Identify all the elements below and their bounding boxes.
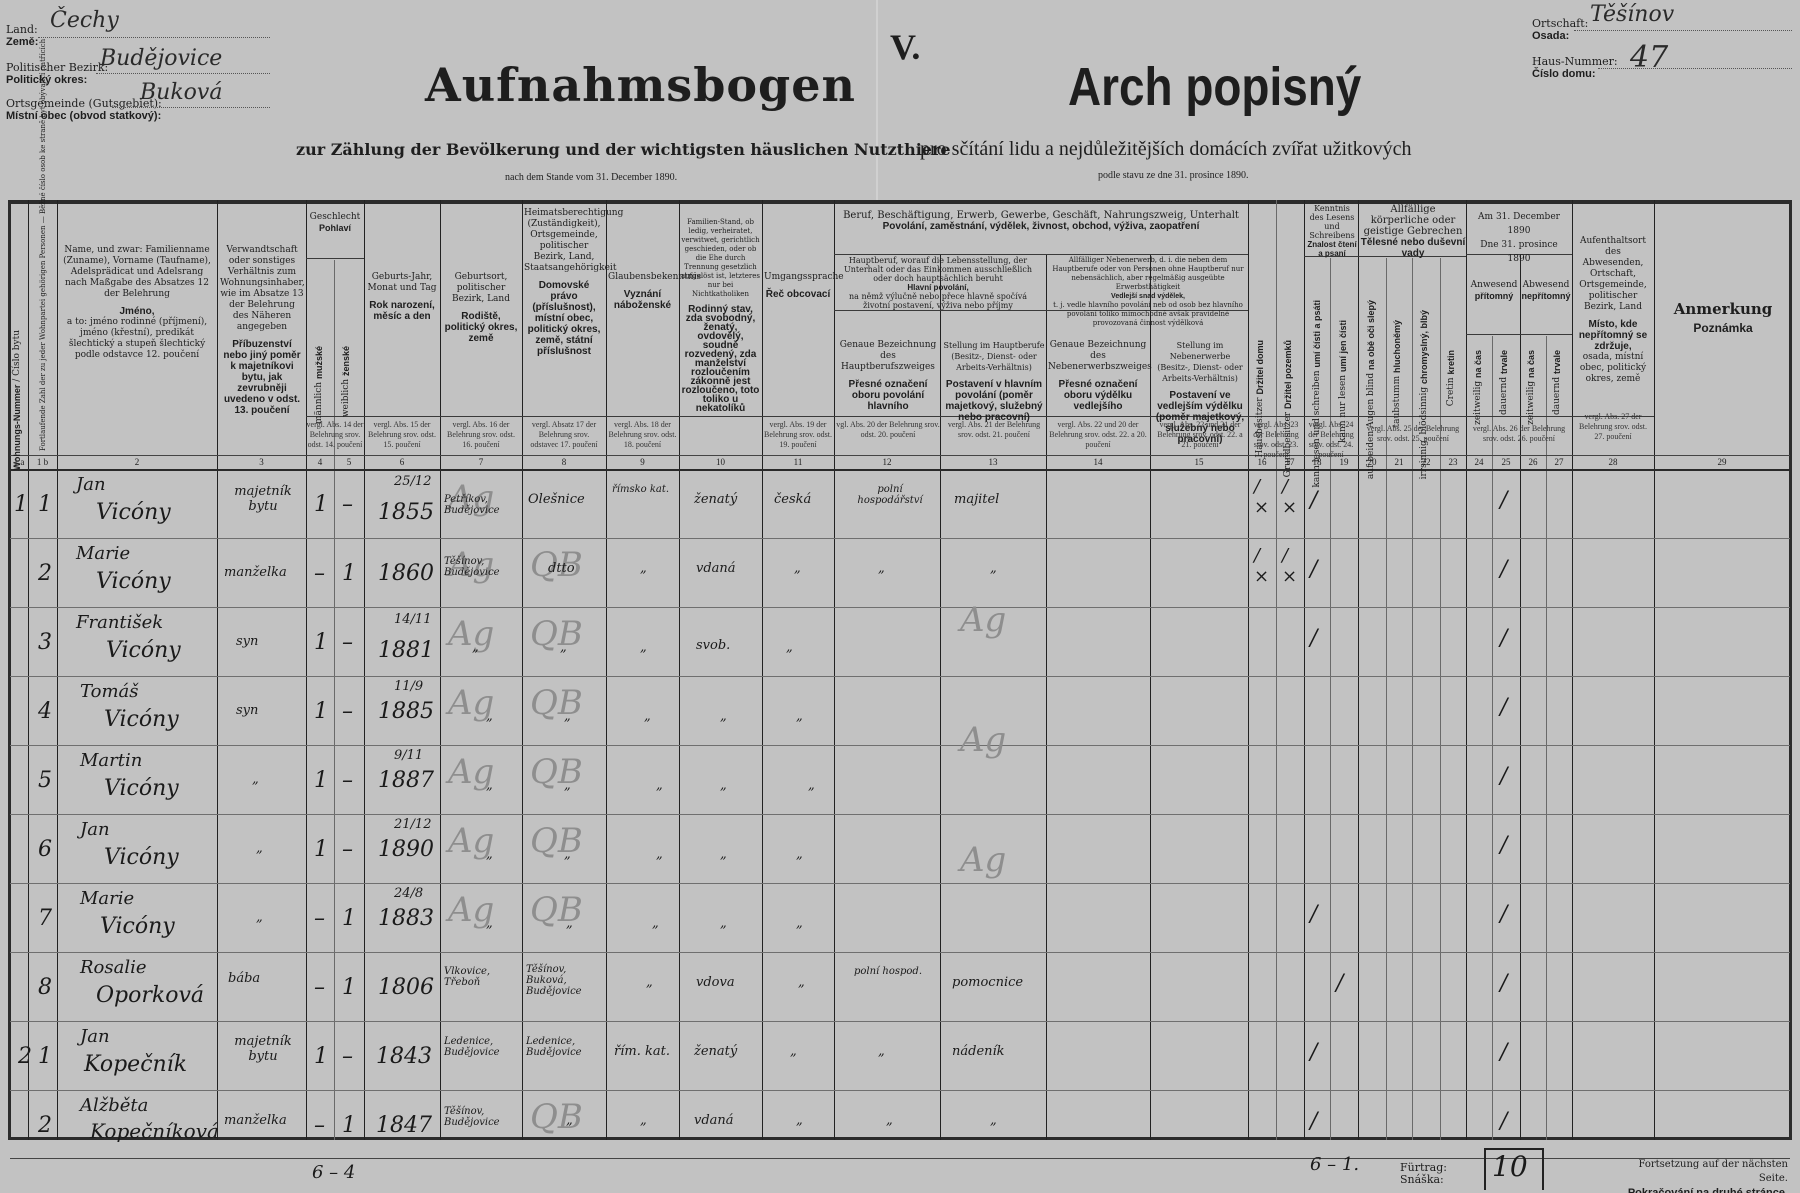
- birth-year[interactable]: 1885: [378, 699, 434, 724]
- col-4-header: männlich mužské: [314, 346, 324, 424]
- language[interactable]: „: [786, 640, 793, 655]
- female-mark[interactable]: –: [342, 630, 353, 655]
- first-name[interactable]: Tomáš: [80, 681, 138, 702]
- col-25-header: dauernd trvale: [1499, 350, 1509, 415]
- col-line: [834, 200, 835, 1140]
- birth-day[interactable]: 21/12: [394, 817, 431, 832]
- col-12-header: Genaue Bezeichnung des Hauptberufszweige…: [836, 340, 940, 412]
- occupation[interactable]: „: [878, 561, 885, 576]
- col-24-27-ref: vergl. Abs. 26 der Belehrung srov. odst.…: [1466, 424, 1572, 444]
- col-gender-ref: vergl. Abs. 14 der Belehrung srov. odst.…: [306, 420, 364, 450]
- row-divider: [10, 538, 1790, 539]
- person-number[interactable]: 5: [38, 768, 52, 793]
- form-number: V.: [890, 26, 920, 68]
- birth-year[interactable]: 1847: [376, 1113, 432, 1138]
- col-number: 19: [1330, 457, 1358, 467]
- pencil-mark: Ag: [960, 720, 1006, 760]
- first-name[interactable]: Marie: [76, 543, 130, 564]
- present-permanent-mark[interactable]: /: [1500, 488, 1507, 513]
- female-mark[interactable]: 1: [342, 906, 356, 931]
- col-line: [679, 200, 680, 1140]
- col-6-ref: vergl. Abs. 15 der Belehrung srov. odst.…: [366, 420, 438, 450]
- religion[interactable]: „: [640, 640, 647, 655]
- col-number: 15: [1150, 457, 1248, 467]
- domicile[interactable]: „: [564, 709, 571, 724]
- apartment-number[interactable]: 1: [14, 492, 28, 517]
- title-czech: Arch popisný: [1068, 56, 1361, 118]
- birthplace[interactable]: „: [472, 640, 479, 655]
- last-name[interactable]: Vicóny: [104, 707, 179, 732]
- first-name[interactable]: Jan: [80, 1026, 110, 1047]
- language[interactable]: „: [794, 561, 801, 576]
- pencil-mark: QB: [530, 752, 583, 792]
- header-line: [10, 455, 1790, 456]
- col-line: [1654, 200, 1655, 1140]
- pencil-mark: QB: [530, 1097, 583, 1137]
- col-number: 23: [1440, 457, 1466, 467]
- marital-status[interactable]: ženatý: [694, 492, 737, 507]
- religion[interactable]: římsko kat.: [612, 484, 674, 495]
- gemeinde-underline: [112, 106, 270, 108]
- col-number: 9: [606, 457, 679, 467]
- relation[interactable]: „: [256, 841, 263, 856]
- pencil-mark: Ag: [960, 600, 1006, 640]
- birth-day[interactable]: 11/9: [394, 679, 423, 694]
- male-mark[interactable]: –: [314, 906, 325, 931]
- first-name[interactable]: Martin: [80, 750, 142, 771]
- can-read-write-mark[interactable]: /: [1310, 1040, 1317, 1065]
- hausnummer-underline: [1598, 67, 1792, 69]
- religion[interactable]: „: [652, 916, 659, 931]
- male-mark[interactable]: –: [314, 1113, 325, 1138]
- col-10-header: Familien-Stand, ob ledig, verheiratet, v…: [681, 218, 760, 413]
- marital-status[interactable]: ženatý: [694, 1044, 737, 1059]
- birthplace[interactable]: „: [486, 709, 493, 724]
- col-24-header: zeitweilig na čas: [1473, 350, 1483, 425]
- col-number: 17: [1276, 457, 1304, 467]
- religion[interactable]: řím. kat.: [614, 1044, 670, 1059]
- occupation[interactable]: „: [886, 1113, 893, 1128]
- col-number: 8: [522, 457, 606, 467]
- birth-year[interactable]: 1843: [376, 1044, 432, 1069]
- marital-status[interactable]: vdova: [696, 975, 735, 990]
- col-line: [762, 200, 763, 1140]
- col-line: [1520, 255, 1521, 1140]
- occupation[interactable]: polní hospod.: [848, 966, 928, 977]
- first-name[interactable]: Alžběta: [80, 1095, 148, 1116]
- col-line: [1358, 200, 1359, 1140]
- female-mark[interactable]: 1: [342, 975, 356, 1000]
- birth-year[interactable]: 1887: [378, 768, 434, 793]
- col-number: 26: [1520, 457, 1546, 467]
- reference-date-czech: podle stavu ze dne 31. prosince 1890.: [1098, 170, 1249, 181]
- col-line: [57, 200, 58, 1140]
- birth-day[interactable]: 24/8: [394, 886, 423, 901]
- subtitle-czech: pro sčítání lidu a nejdůležitějších domá…: [920, 138, 1412, 161]
- main-occupation-header: Hauptberuf, worauf die Lebensstellung, d…: [836, 256, 1040, 310]
- col-9-header: GlaubensbekenntnisVyznání náboženské: [608, 272, 677, 311]
- can-read-write-mark[interactable]: /: [1310, 902, 1317, 927]
- can-read-only-mark[interactable]: /: [1336, 971, 1343, 996]
- col-11-header: UmgangsspracheŘeč obcovací: [764, 272, 832, 300]
- house-owner-mark[interactable]: / ×: [1254, 476, 1274, 518]
- col-number: 21: [1386, 457, 1412, 467]
- col-number: 1 a: [10, 457, 28, 467]
- col-line: [28, 200, 29, 1140]
- domicile[interactable]: Ledenice, Budějovice: [526, 1036, 604, 1058]
- col-28-header: Aufenthaltsort des Abwesenden, Ortschaft…: [1574, 236, 1652, 385]
- person-number[interactable]: 7: [38, 906, 52, 931]
- person-number[interactable]: 3: [38, 630, 52, 655]
- first-name[interactable]: František: [76, 612, 163, 633]
- land-underline: [38, 36, 270, 38]
- birthplace[interactable]: Těšínov, Budějovice: [444, 1106, 520, 1128]
- language[interactable]: „: [796, 847, 803, 862]
- col-7-header: Geburtsort, politischer Bezirk, LandRodi…: [442, 272, 520, 344]
- col-26-header: zeitweilig na čas: [1526, 350, 1536, 425]
- marital-status[interactable]: „: [720, 916, 727, 931]
- person-number[interactable]: 2: [38, 1113, 52, 1138]
- domicile[interactable]: dtto: [548, 561, 575, 576]
- row-divider: [10, 883, 1790, 884]
- relation[interactable]: majetník bytu: [224, 484, 302, 514]
- birth-year[interactable]: 1881: [378, 638, 434, 663]
- religion[interactable]: „: [644, 709, 651, 724]
- col-line: [364, 200, 365, 1140]
- language[interactable]: „: [798, 975, 805, 990]
- col-18-19-ref: vergl. Abs. 24 der Belehrung srov. odst.…: [1304, 420, 1358, 460]
- occupation[interactable]: polní hospodářství: [844, 484, 936, 506]
- language[interactable]: „: [796, 916, 803, 931]
- col-number: 3: [217, 457, 306, 467]
- language[interactable]: „: [808, 778, 815, 793]
- col-number: 5: [334, 457, 364, 467]
- first-name[interactable]: Rosalie: [80, 957, 147, 978]
- col-number: 25: [1492, 457, 1520, 467]
- col-1a-header: Wohnungs-Nummer / Číslo bytu: [12, 330, 22, 470]
- col-16-17-ref: vergl. Abs. 23 der Belehrung srov. odst.…: [1248, 420, 1304, 460]
- religion[interactable]: „: [646, 975, 653, 990]
- birthplace[interactable]: „: [486, 778, 493, 793]
- col-6-header: Geburts-Jahr, Monat und TagRok narození,…: [366, 272, 438, 322]
- col-number: 7: [440, 457, 522, 467]
- person-number[interactable]: 1: [38, 492, 52, 517]
- female-mark[interactable]: –: [342, 768, 353, 793]
- col-number: 6: [364, 457, 440, 467]
- male-mark[interactable]: 1: [314, 1044, 328, 1069]
- male-mark[interactable]: 1: [314, 768, 328, 793]
- birthplace[interactable]: Ledenice, Budějovice: [444, 1036, 520, 1058]
- can-read-write-mark[interactable]: /: [1310, 557, 1317, 582]
- person-number[interactable]: 4: [38, 699, 52, 724]
- pencil-mark: QB: [530, 614, 583, 654]
- marital-status[interactable]: vdaná: [694, 1113, 734, 1128]
- gemeinde-label: Ortsgemeinde (Gutsgebiet): Místní obec (…: [6, 98, 162, 122]
- last-name[interactable]: Vicóny: [100, 914, 175, 939]
- occupation-position[interactable]: pomocnice: [952, 975, 1023, 990]
- apartment-number[interactable]: 2: [18, 1044, 32, 1069]
- col-line: [1150, 255, 1151, 1140]
- birth-day[interactable]: 25/12: [394, 474, 431, 489]
- occupation-position[interactable]: „: [990, 1113, 997, 1128]
- row-divider: [10, 1021, 1790, 1022]
- religion[interactable]: „: [656, 847, 663, 862]
- col-22-header: irrsinnig, blödsinnig chromyslný, blbý: [1419, 310, 1429, 479]
- language[interactable]: „: [796, 709, 803, 724]
- col-7-ref: vergl. Abs. 16 der Belehrung srov. odst.…: [442, 420, 520, 450]
- col-line: [522, 200, 523, 1140]
- last-name[interactable]: Vicóny: [104, 776, 179, 801]
- female-mark[interactable]: 1: [342, 1113, 356, 1138]
- language[interactable]: „: [790, 1044, 797, 1059]
- col-number: 24: [1466, 457, 1492, 467]
- land-owner-mark[interactable]: / ×: [1282, 545, 1302, 587]
- col-13-ref: vergl. Abs. 21 der Belehrung srov. odst.…: [942, 420, 1046, 440]
- col-2-header: Name, und zwar: Familienname (Zuname), V…: [62, 245, 212, 361]
- col-gender-header: GeschlechtPohlaví: [308, 212, 362, 235]
- col-line: [334, 260, 335, 1140]
- col-line: [1330, 258, 1331, 1140]
- bezirk-label: Politischer Bezirk: Politický okres:: [6, 62, 108, 86]
- male-mark[interactable]: 1: [314, 492, 328, 517]
- col-line: [606, 200, 607, 1140]
- land-value[interactable]: Čechy: [50, 8, 119, 33]
- marital-status[interactable]: „: [720, 847, 727, 862]
- col-line: [440, 200, 441, 1140]
- relation[interactable]: bába: [228, 971, 260, 986]
- col-line: [1386, 258, 1387, 1140]
- male-mark[interactable]: 1: [314, 630, 328, 655]
- census-day-header: Am 31. December 1890Dne 31. prosince 189…: [1468, 210, 1570, 266]
- col-23-header: Cretin kretin: [1446, 350, 1456, 406]
- row-divider: [10, 952, 1790, 953]
- col-8-ref: vergl. Absatz 17 der Belehrung srov. ods…: [524, 420, 604, 450]
- relation[interactable]: manželka: [224, 1113, 287, 1128]
- can-read-write-mark[interactable]: /: [1310, 1109, 1317, 1134]
- carry-over-label: Fürtrag: Snáška:: [1400, 1162, 1447, 1186]
- language[interactable]: „: [796, 1113, 803, 1128]
- person-number[interactable]: 2: [38, 561, 52, 586]
- present-permanent-mark[interactable]: /: [1500, 1109, 1507, 1134]
- col-28-ref: vergl. Abs. 27 der Belehrung srov. odst.…: [1574, 412, 1652, 442]
- col-line: [1046, 255, 1047, 1140]
- marital-status[interactable]: vdaná: [696, 561, 736, 576]
- female-mark[interactable]: –: [342, 1044, 353, 1069]
- col-number: 22: [1412, 457, 1440, 467]
- header-line: [306, 258, 364, 259]
- occupation[interactable]: „: [878, 1044, 885, 1059]
- birth-day[interactable]: 14/11: [394, 612, 431, 627]
- bezirk-underline: [96, 72, 270, 74]
- carry-over-total[interactable]: 10: [1492, 1150, 1528, 1183]
- birthplace[interactable]: Těšínov, Budějovice: [444, 556, 520, 578]
- col-number: 14: [1046, 457, 1150, 467]
- occupation-position[interactable]: nádeník: [952, 1044, 1005, 1059]
- domicile[interactable]: „: [564, 778, 571, 793]
- birth-year[interactable]: 1883: [378, 906, 434, 931]
- col-number: 29: [1654, 457, 1790, 467]
- continuation-note: Fortsetzung auf der nächsten Seite. Pokr…: [1612, 1158, 1788, 1193]
- row-divider: [10, 1090, 1790, 1091]
- col-number: 18: [1304, 457, 1330, 467]
- present-permanent-mark[interactable]: /: [1500, 695, 1507, 720]
- col-line: [1466, 200, 1467, 1140]
- birth-year[interactable]: 1890: [378, 837, 434, 862]
- relation[interactable]: manželka: [224, 565, 287, 580]
- person-number[interactable]: 1: [38, 1044, 52, 1069]
- col-line: [940, 255, 941, 1140]
- col-number: 10: [679, 457, 762, 467]
- row-divider: [10, 607, 1790, 608]
- col-8-header: Heimatsberechtigung (Zuständigkeit), Ort…: [524, 208, 604, 357]
- relation[interactable]: majetník bytu: [224, 1034, 302, 1064]
- present-permanent-mark[interactable]: /: [1500, 764, 1507, 789]
- female-mark[interactable]: –: [342, 492, 353, 517]
- col-number: 2: [57, 457, 217, 467]
- occupation-group-header: Beruf, Beschäftigung, Erwerb, Gewerbe, G…: [836, 210, 1246, 232]
- first-name[interactable]: Marie: [80, 888, 134, 909]
- birthplace[interactable]: Petříkov, Budějovice: [444, 494, 520, 516]
- col-number: 12: [834, 457, 940, 467]
- person-number[interactable]: 6: [38, 837, 52, 862]
- female-mark[interactable]: –: [342, 699, 353, 724]
- religion[interactable]: „: [640, 561, 647, 576]
- present-permanent-mark[interactable]: /: [1500, 626, 1507, 651]
- col-20-header: auf beiden Augen blind na obě oči slepý: [1366, 300, 1376, 479]
- pencil-mark: QB: [530, 890, 583, 930]
- col-1b-header: Fortlaufende Zahl der zu jeder Wohnparte…: [38, 206, 48, 451]
- col-number: 4: [306, 457, 334, 467]
- hausnummer-value[interactable]: 47: [1630, 40, 1668, 75]
- col-number: 20: [1358, 457, 1386, 467]
- first-name[interactable]: Jan: [80, 819, 110, 840]
- last-name[interactable]: Kopečníková: [90, 1119, 219, 1143]
- first-name[interactable]: Jan: [76, 474, 106, 495]
- domicile[interactable]: „: [566, 1113, 573, 1128]
- birth-day[interactable]: 9/11: [394, 748, 423, 763]
- col-line: [1304, 200, 1305, 1140]
- female-mark[interactable]: 1: [342, 561, 356, 586]
- present-header: Anwesendpřítomný: [1468, 280, 1520, 303]
- col-line: [1276, 200, 1277, 1140]
- domicile[interactable]: „: [564, 847, 571, 862]
- occupation-position[interactable]: majitel: [954, 492, 999, 507]
- last-name[interactable]: Vicóny: [106, 638, 181, 663]
- gemeinde-value[interactable]: Buková: [140, 80, 222, 105]
- subtitle-german: zur Zählung der Bevölkerung und der wich…: [296, 140, 951, 159]
- birth-year[interactable]: 1806: [378, 975, 434, 1000]
- marital-status[interactable]: svob.: [696, 638, 730, 653]
- row-divider: [10, 676, 1790, 677]
- relation[interactable]: „: [252, 772, 259, 787]
- side-occupation-header: Allfälliger Nebenerwerb, d. i. die neben…: [1048, 256, 1248, 328]
- last-name[interactable]: Vicóny: [96, 569, 171, 594]
- domicile[interactable]: „: [560, 640, 567, 655]
- pencil-mark: Ag: [960, 840, 1006, 880]
- title-german: Aufnahmsbogen: [425, 58, 856, 112]
- col-3-header: Verwandtschaft oder sonstiges Verhältnis…: [220, 245, 304, 416]
- birth-year[interactable]: 1855: [378, 500, 434, 525]
- present-permanent-mark[interactable]: /: [1500, 902, 1507, 927]
- literacy-header: Kenntnis des Lesens und SchreibensZnalos…: [1306, 204, 1358, 258]
- relation[interactable]: „: [256, 910, 263, 925]
- language[interactable]: česká: [774, 492, 811, 507]
- col-number: 11: [762, 457, 834, 467]
- land-owner-mark[interactable]: / ×: [1282, 476, 1302, 518]
- col-9-ref: vergl. Abs. 18 der Belehrung srov. odst.…: [608, 420, 677, 450]
- reference-date-german: nach dem Stande vom 31. December 1890.: [505, 172, 677, 183]
- col-21-header: taubstumm hluchoněmý: [1392, 320, 1402, 428]
- male-mark[interactable]: 1: [314, 699, 328, 724]
- present-permanent-mark[interactable]: /: [1500, 1040, 1507, 1065]
- relation[interactable]: syn: [236, 634, 258, 649]
- bezirk-value[interactable]: Budějovice: [100, 46, 222, 71]
- present-permanent-mark[interactable]: /: [1500, 833, 1507, 858]
- occupation-position[interactable]: „: [990, 561, 997, 576]
- relation[interactable]: syn: [236, 703, 258, 718]
- present-permanent-mark[interactable]: /: [1500, 557, 1507, 582]
- defects-header: Allfällige körperliche oder geistige Geb…: [1360, 204, 1466, 259]
- pencil-mark: QB: [530, 821, 583, 861]
- birthplace[interactable]: Vlkovice, Třeboň: [444, 966, 520, 988]
- birthplace[interactable]: „: [486, 916, 493, 931]
- col-13-header: Stellung im Hauptberufe (Besitz-, Dienst…: [942, 340, 1046, 423]
- col-14-ref: vergl. Abs. 22 und 20 der Belehrung srov…: [1048, 420, 1148, 450]
- ortschaft-value[interactable]: Těšínov: [1590, 2, 1674, 27]
- pencil-mark: QB: [530, 683, 583, 723]
- col-line: [1440, 258, 1441, 1140]
- page-fold: [876, 0, 878, 200]
- male-mark[interactable]: 1: [314, 837, 328, 862]
- religion[interactable]: „: [640, 1113, 647, 1128]
- col-number: 27: [1546, 457, 1572, 467]
- birth-year[interactable]: 1860: [378, 561, 434, 586]
- can-read-write-mark[interactable]: /: [1310, 488, 1317, 513]
- col-number: 16: [1248, 457, 1276, 467]
- col-number: 28: [1572, 457, 1654, 467]
- domicile[interactable]: Těšínov, Buková, Budějovice: [526, 964, 604, 997]
- header-line: [10, 469, 1790, 471]
- domicile[interactable]: „: [566, 916, 573, 931]
- present-permanent-mark[interactable]: /: [1500, 971, 1507, 996]
- religion[interactable]: „: [656, 778, 663, 793]
- ortschaft-underline: [1574, 29, 1792, 31]
- col-14-header: Genaue Bezeichnung des Nebenerwerbszweig…: [1048, 340, 1148, 412]
- row-divider: [10, 814, 1790, 815]
- last-name[interactable]: Vicóny: [104, 845, 179, 870]
- col-15-ref: vergl. Abs. 22 und 21 der Belehrung srov…: [1152, 420, 1248, 450]
- last-name[interactable]: Kopečník: [84, 1052, 187, 1077]
- marital-status[interactable]: „: [720, 778, 727, 793]
- birthplace[interactable]: „: [486, 847, 493, 862]
- last-name[interactable]: Vicóny: [96, 500, 171, 525]
- domicile[interactable]: Olešnice: [528, 492, 585, 507]
- male-mark[interactable]: –: [314, 975, 325, 1000]
- male-mark[interactable]: –: [314, 561, 325, 586]
- can-read-write-mark[interactable]: /: [1310, 626, 1317, 651]
- col-line: [306, 200, 307, 1140]
- female-mark[interactable]: –: [342, 837, 353, 862]
- house-owner-mark[interactable]: / ×: [1254, 545, 1274, 587]
- col-line: [1412, 258, 1413, 1140]
- header-line: [834, 254, 1248, 255]
- marital-status[interactable]: „: [720, 709, 727, 724]
- tally-left: 6 – 4: [312, 1162, 355, 1183]
- person-number[interactable]: 8: [38, 975, 52, 1000]
- last-name[interactable]: Oporková: [96, 983, 204, 1008]
- col-line: [217, 200, 218, 1140]
- col-number: 1 b: [28, 457, 57, 467]
